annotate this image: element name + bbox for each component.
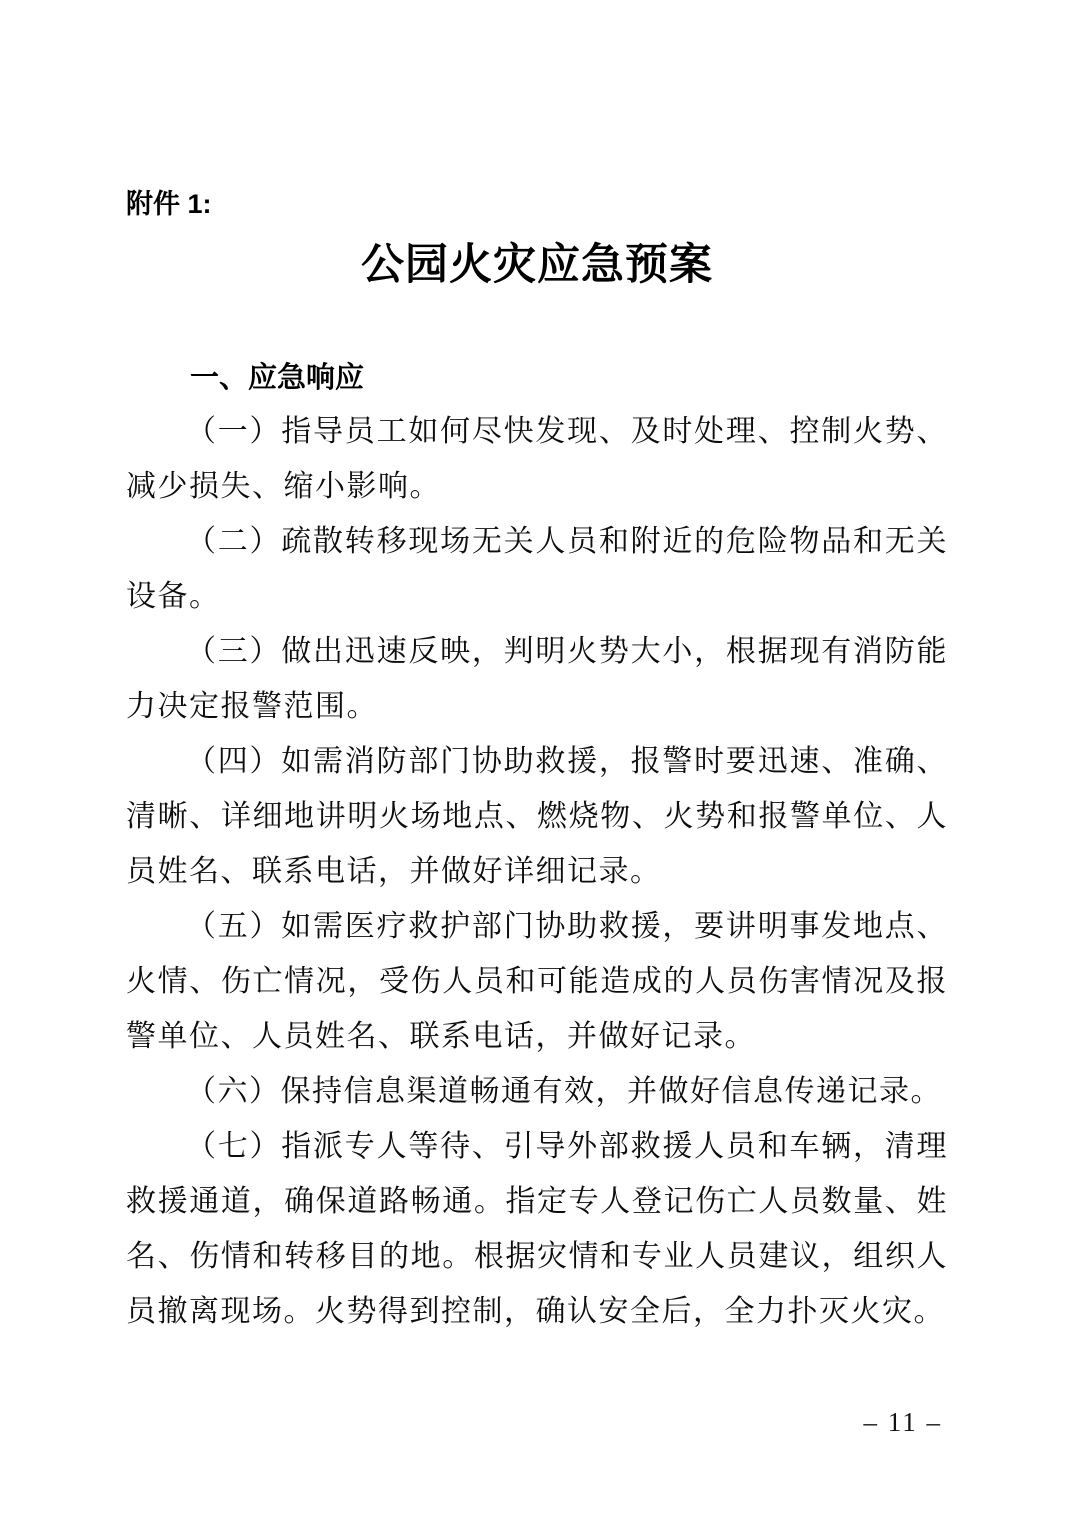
document-body: （一）指导员工如何尽快发现、及时处理、控制火势、减少损失、缩小影响。 （二）疏散…	[126, 404, 948, 1339]
attachment-label: 附件 1:	[126, 188, 1074, 220]
paragraph-2: （二）疏散转移现场无关人员和附近的危险物品和无关设备。	[126, 514, 948, 624]
page-number: – 11 –	[864, 1406, 943, 1438]
paragraph-4: （四）如需消防部门协助救援，报警时要迅速、准确、清晰、详细地讲明火场地点、燃烧物…	[126, 734, 948, 899]
paragraph-6: （六）保持信息渠道畅通有效，并做好信息传递记录。	[126, 1064, 948, 1119]
document-page: 附件 1: 公园火灾应急预案 一、应急响应 （一）指导员工如何尽快发现、及时处理…	[0, 0, 1074, 1520]
document-title: 公园火灾应急预案	[0, 240, 1074, 292]
paragraph-1: （一）指导员工如何尽快发现、及时处理、控制火势、减少损失、缩小影响。	[126, 404, 948, 514]
paragraph-7: （七）指派专人等待、引导外部救援人员和车辆，清理救援通道，确保道路畅通。指定专人…	[126, 1119, 948, 1339]
paragraph-3: （三）做出迅速反映，判明火势大小，根据现有消防能力决定报警范围。	[126, 624, 948, 734]
section-heading: 一、应急响应	[190, 358, 1074, 398]
paragraph-5: （五）如需医疗救护部门协助救援，要讲明事发地点、火情、伤亡情况，受伤人员和可能造…	[126, 899, 948, 1064]
